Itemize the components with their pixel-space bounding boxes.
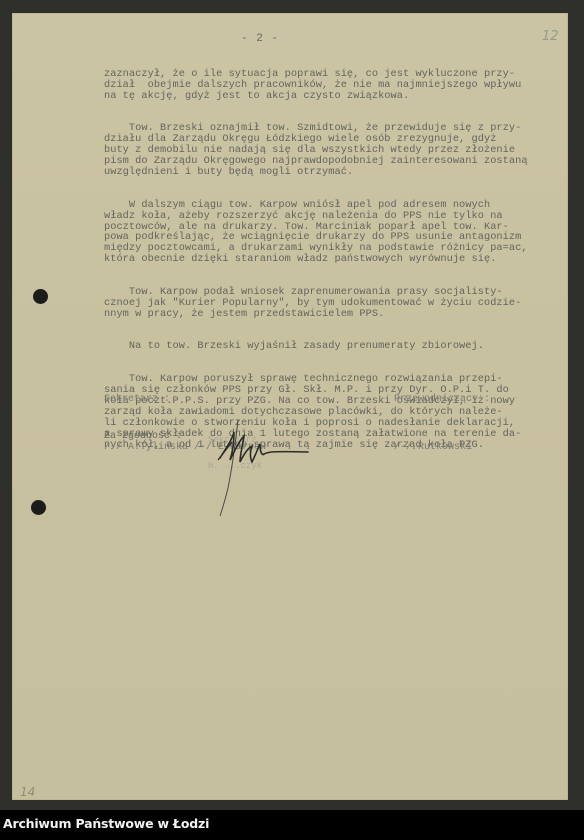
punch-hole-top <box>33 289 48 304</box>
archive-institution-name: Archiwum Państwowe w Łodzi <box>3 816 209 831</box>
paragraph: Tow. Karpow podał wniosek zaprenumerowan… <box>104 287 574 320</box>
paragraph: Na to tow. Brzeski wyjaśnił zasady prenu… <box>104 341 574 352</box>
paragraph: Tow. Brzeski oznajmił tow. Szmidtowi, że… <box>104 123 574 178</box>
chair-name: /-/ Rutkowski <box>394 440 490 456</box>
secretary-label: Sekretarz : <box>104 392 266 408</box>
certification-label: Za zgodność : <box>104 431 182 442</box>
chair-label: Przewodniczący : <box>394 392 490 408</box>
paragraph: zaznaczył, że o ile sytuacja poprawi się… <box>104 69 574 102</box>
handwritten-folio-number: 12 <box>542 29 559 44</box>
page-number: - 2 - <box>241 33 279 45</box>
paragraph: W dalszym ciągu tow. Karpow wniósł apel … <box>104 200 574 265</box>
handwritten-signature <box>210 418 320 518</box>
punch-hole-bottom <box>31 500 46 515</box>
document-page: - 2 - 12 zaznaczył, że o ile sytuacja po… <box>12 13 568 800</box>
archive-page-number: 14 <box>20 785 35 799</box>
chair-signature-block: Przewodniczący : /-/ Rutkowski <box>394 360 490 488</box>
archive-footer-bar: Archiwum Państwowe w Łodzi <box>0 810 584 840</box>
